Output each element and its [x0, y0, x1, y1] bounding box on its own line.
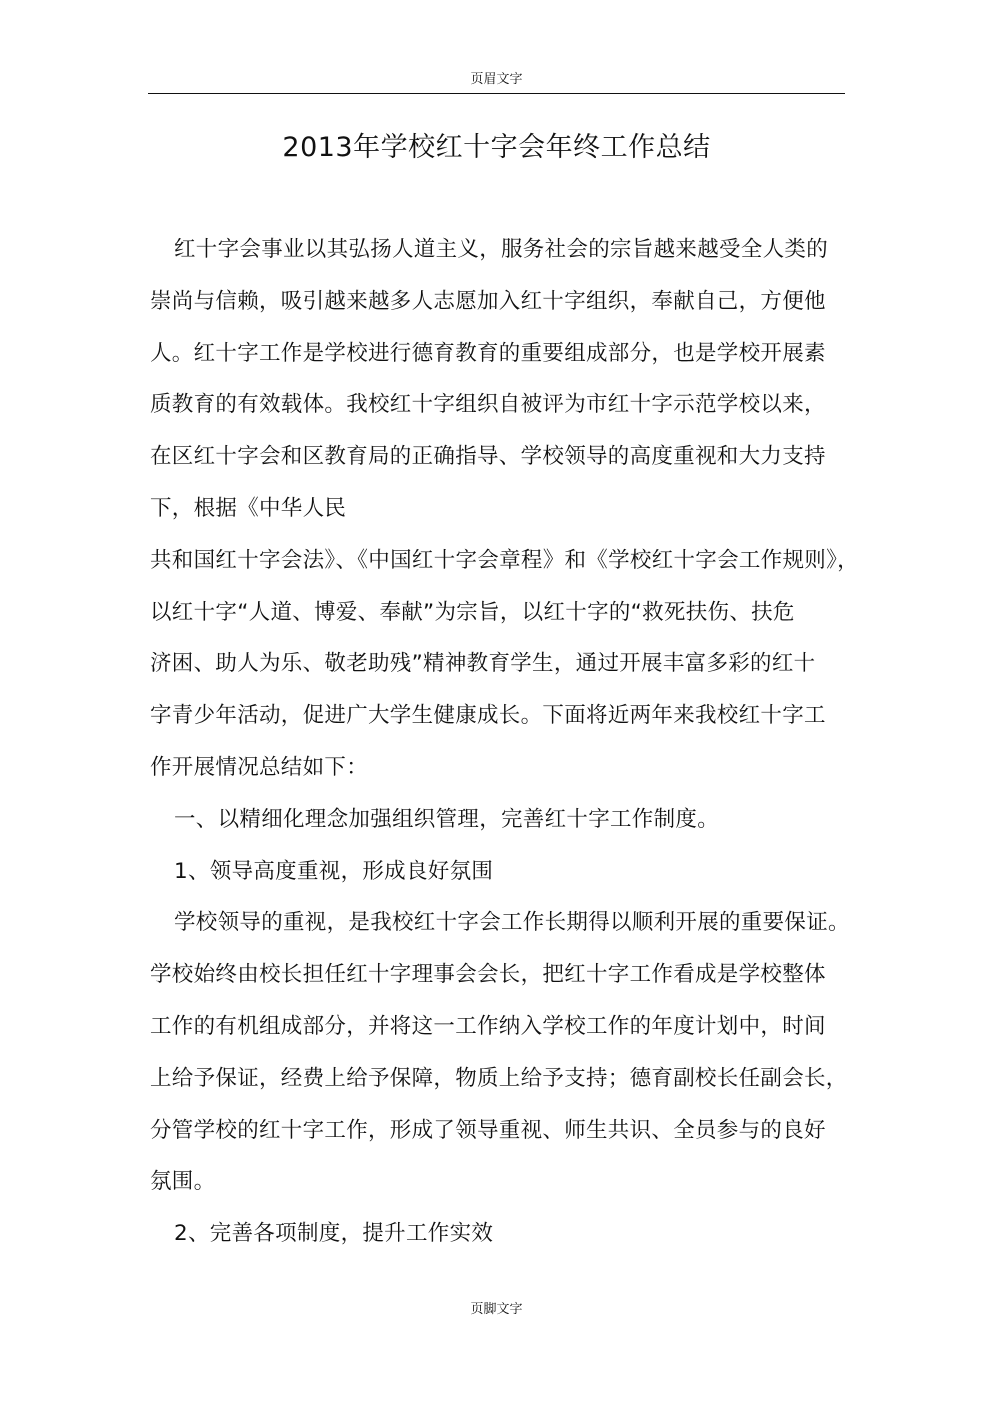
- paragraph-line: 下，根据《中华人民: [150, 491, 850, 543]
- paragraph-line: 工作的有机组成部分，并将这一工作纳入学校工作的年度计划中，时间: [150, 1009, 850, 1061]
- paragraph-line: 红十字会事业以其弘扬人道主义，服务社会的宗旨越来越受全人类的: [150, 232, 850, 284]
- paragraph-line: 人。红十字工作是学校进行德育教育的重要组成部分，也是学校开展素: [150, 336, 850, 388]
- header-text: 页眉文字: [0, 72, 993, 88]
- paragraph-line: 学校领导的重视，是我校红十字会工作长期得以顺利开展的重要保证。: [150, 905, 850, 957]
- paragraph-line: 共和国红十字会法》、《中国红十字会章程》和《学校红十字会工作规则》，: [150, 543, 850, 595]
- paragraph-line: 上给予保证，经费上给予保障，物质上给予支持；德育副校长任副会长，: [150, 1061, 850, 1113]
- paragraph-line: 质教育的有效载体。我校红十字组织自被评为市红十字示范学校以来，: [150, 387, 850, 439]
- paragraph-line: 崇尚与信赖，吸引越来越多人志愿加入红十字组织，奉献自己，方便他: [150, 284, 850, 336]
- paragraph-line: 济困、助人为乐、敬老助残”精神教育学生，通过开展丰富多彩的红十: [150, 646, 850, 698]
- document-title: 2013年学校红十字会年终工作总结: [0, 130, 993, 166]
- paragraph-line: 以红十字“人道、博爱、奉献”为宗旨，以红十字的“救死扶伤、扶危: [150, 595, 850, 647]
- subsection-heading: 1、领导高度重视，形成良好氛围: [150, 854, 850, 906]
- header-divider: [148, 93, 845, 94]
- paragraph-line: 分管学校的红十字工作，形成了领导重视、师生共识、全员参与的良好: [150, 1113, 850, 1165]
- paragraph-line: 氛围。: [150, 1164, 850, 1216]
- paragraph-line: 在区红十字会和区教育局的正确指导、学校领导的高度重视和大力支持: [150, 439, 850, 491]
- paragraph-line: 字青少年活动，促进广大学生健康成长。下面将近两年来我校红十字工: [150, 698, 850, 750]
- subsection-heading: 2、完善各项制度，提升工作实效: [150, 1216, 850, 1268]
- document-body: 红十字会事业以其弘扬人道主义，服务社会的宗旨越来越受全人类的 崇尚与信赖，吸引越…: [150, 232, 850, 1268]
- section-heading: 一、以精细化理念加强组织管理，完善红十字工作制度。: [150, 802, 850, 854]
- paragraph-line: 学校始终由校长担任红十字理事会会长，把红十字工作看成是学校整体: [150, 957, 850, 1009]
- footer-text: 页脚文字: [0, 1302, 993, 1318]
- paragraph-line: 作开展情况总结如下：: [150, 750, 850, 802]
